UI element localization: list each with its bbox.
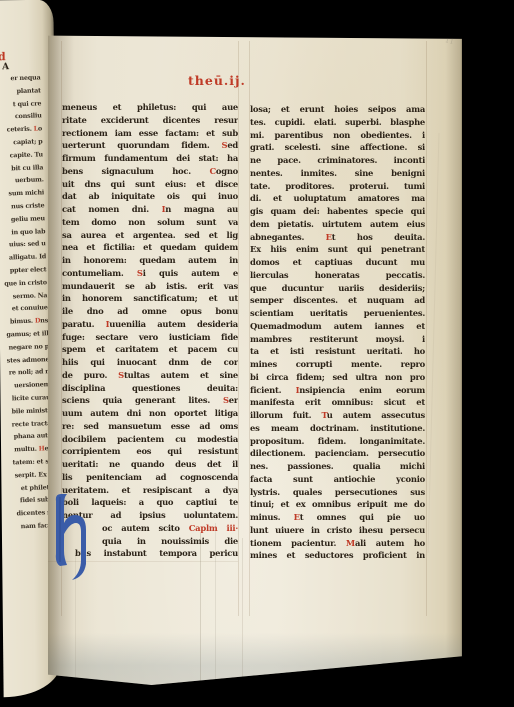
body-text: uerbum. xyxy=(15,176,44,185)
body-text: di. et uoluptatum amatores ma xyxy=(250,193,425,203)
body-text: scientiam ueritatis peruenientes. xyxy=(250,308,425,318)
text-line: semper discentes. et nuquam ad xyxy=(250,294,425,307)
body-text: t qui cre xyxy=(13,99,42,108)
body-text: semper discentes. et nuquam ad xyxy=(250,295,425,305)
facing-page-glyph: A xyxy=(2,62,9,72)
body-text: tultas autem et sine xyxy=(124,370,238,380)
text-line: de puro. Stultas autem et sine xyxy=(62,369,238,382)
body-text: contumeliam. xyxy=(62,268,137,278)
body-text: nus criste xyxy=(11,201,45,210)
body-text: facta sunt antiochie yconio xyxy=(250,474,425,484)
body-text: t hos deuita. xyxy=(332,232,425,242)
body-text: disciplina questiones deuita: xyxy=(62,383,238,393)
text-line: nes. passiones. qualia michi xyxy=(250,460,425,473)
body-text: domos et captiuas ducunt mu xyxy=(250,257,425,267)
text-line: mambres restiterunt moysi. i xyxy=(250,333,425,346)
body-text: sermo. Na xyxy=(13,291,48,300)
text-line: bens signaculum hoc. Cogno xyxy=(62,165,238,178)
body-text: n magna au xyxy=(165,204,238,214)
text-line: facta sunt antiochie yconio xyxy=(250,473,425,486)
text-line: mi. parentibus non obedientes. i xyxy=(250,129,425,142)
text-line: spem et caritatem et pacem cu xyxy=(62,343,238,356)
text-line: hiis qui inuocant dnm de cor xyxy=(62,356,238,369)
body-text: sum michi xyxy=(8,188,44,197)
body-text: lierculas honeratas peccatis. xyxy=(250,270,425,280)
body-text: tatem: et se xyxy=(12,457,52,466)
body-text: uum autem dni non oportet litiga xyxy=(62,408,238,418)
text-line: lunt uiuere in cristo ihesu persecu xyxy=(250,524,425,537)
body-text: tate. proditores. proterui. tumi xyxy=(250,181,425,191)
text-line: in honorem sanctificatum; et ut xyxy=(62,292,238,305)
text-line: re: sed mansuetum esse ad oms xyxy=(62,420,238,433)
text-line: minus. Et omnes qui pie uo xyxy=(250,511,425,524)
body-text: phana aute xyxy=(14,432,52,441)
body-text: multu. xyxy=(14,445,39,454)
body-text: uius: sed u xyxy=(9,240,46,249)
body-text: ali autem ho xyxy=(355,538,425,548)
rubricated-text: M xyxy=(346,538,355,548)
folio-number: 11 xyxy=(444,36,455,46)
body-text: et conuiue xyxy=(12,304,48,313)
body-text: er xyxy=(229,395,238,405)
body-text: abnegantes. xyxy=(250,232,326,242)
body-text: ns xyxy=(40,316,48,324)
body-text: bile ministr xyxy=(11,406,51,415)
body-text: grati. scelesti. sine affectione. si xyxy=(250,142,425,152)
text-line: ta et isti resistunt ueritati. ho xyxy=(250,345,425,358)
body-text: bus instabunt tempora pericu xyxy=(75,548,238,558)
body-text: manifesta erit omnibus: sicut et xyxy=(250,397,425,407)
crease xyxy=(428,133,440,553)
body-text: plantat xyxy=(16,86,41,95)
text-line: ile dno ad omne opus bonu xyxy=(62,305,238,318)
body-text: Quemadmodum autem iannes et xyxy=(250,321,425,331)
body-text: oc autem scito xyxy=(102,523,189,533)
body-text: hiis qui inuocant dnm de cor xyxy=(62,357,238,367)
body-text: bi circa fidem; sed ultra non pro xyxy=(250,372,425,382)
text-line: di. et uoluptatum amatores ma xyxy=(250,192,425,205)
body-text: mines corrupti mente. repro xyxy=(250,359,425,369)
text-line: paratu. Iuuenilia autem desideria xyxy=(62,318,238,331)
body-text: tem domo non solum sunt va xyxy=(62,217,238,227)
text-column-left: meneus et philetus: qui aueritate excide… xyxy=(62,101,238,560)
text-line: sa aurea et argentea. sed et lig xyxy=(62,229,238,242)
body-text: er nequa xyxy=(10,73,40,82)
body-text: in quo lab xyxy=(11,227,45,236)
body-text: consiliu xyxy=(15,112,42,121)
body-text: docibilem pacientem cu modestia xyxy=(62,434,238,444)
text-line: Ex hiis enim sunt qui penetrant xyxy=(250,243,425,256)
text-line: scientiam ueritatis peruenientes. xyxy=(250,307,425,320)
ruling-line xyxy=(238,41,239,616)
body-text: dilectionem. pacienciam. persecutio xyxy=(250,448,425,458)
text-line: sciens quia generant lites. Ser xyxy=(62,394,238,407)
body-text: in honorem sanctificatum; et ut xyxy=(62,293,238,303)
body-text: es meam doctrinam. institutione. xyxy=(250,423,425,433)
body-text: sa aurea et argentea. sed et lig xyxy=(62,230,238,240)
body-text: geliu meu xyxy=(11,214,45,223)
body-text: ppter elect xyxy=(10,265,47,274)
text-line: dat ab iniquitate ois qui inuo xyxy=(62,190,238,203)
body-text: ogno xyxy=(216,166,238,176)
text-line: tes. cupidi. elati. superbi. blasphe xyxy=(250,116,425,129)
body-text: minus. xyxy=(250,512,294,522)
body-text: uuenilia autem desideria xyxy=(109,319,238,329)
text-line: lystris. quales persecutiones sus xyxy=(250,486,425,499)
body-text: bit cu illa xyxy=(11,163,43,172)
text-line: Quemadmodum autem iannes et xyxy=(250,320,425,333)
body-text: paratu. xyxy=(62,319,106,329)
body-text: uerterunt quorundam fidem. xyxy=(62,140,222,150)
text-line: firmum fundamentum dei stat: ha xyxy=(62,152,238,165)
body-text: re: sed mansuetum esse ad oms xyxy=(62,421,238,431)
body-text: mambres restiterunt moysi. i xyxy=(250,334,425,344)
text-line: nea et fictilia: et quedam quidem xyxy=(62,241,238,254)
text-line: fuge: sectare vero iusticiam fide xyxy=(62,331,238,344)
text-line: bi circa fidem; sed ultra non pro xyxy=(250,371,425,384)
body-text: ta et isti resistunt ueritati. ho xyxy=(250,346,425,356)
body-text: corripientem eos qui resistunt xyxy=(62,446,238,456)
text-line: rectionem iam esse factam: et sub xyxy=(62,127,238,140)
body-text: illorum fuit. xyxy=(250,410,321,420)
text-line: ne pace. criminatores. inconti xyxy=(250,154,425,167)
text-line: meneus et philetus: qui aue xyxy=(62,101,238,114)
body-text: gis quam dei: habentes specie qui xyxy=(250,206,425,216)
text-line: nentes. inmites. sine benigni xyxy=(250,167,425,180)
body-text: propositum. fidem. longanimitate. xyxy=(250,436,425,446)
body-text: gamus; et ill xyxy=(6,329,48,338)
running-head: theū.ij. xyxy=(188,73,246,88)
text-line: mundauerit se ab istis. erit vas xyxy=(62,280,238,293)
body-text: tinui; et ex omnibus eripuit me do xyxy=(250,499,425,509)
body-text: nea et fictilia: et quedam quidem xyxy=(62,242,238,252)
body-text: capite. Tu xyxy=(10,150,43,159)
text-line: nam facta xyxy=(2,519,54,533)
body-text: dat ab iniquitate ois qui inuo xyxy=(62,191,238,201)
text-line: ueritati: ne quando deus det il xyxy=(62,458,238,471)
body-text: licite curau xyxy=(12,393,51,402)
text-line: illorum fuit. Tu autem assecutus xyxy=(250,409,425,422)
body-text: quia in nouissimis die xyxy=(102,536,238,546)
text-line: gis quam dei: habentes specie qui xyxy=(250,205,425,218)
text-column-right: losa; et erunt hoies seipos amates. cupi… xyxy=(250,103,425,562)
text-line: ficient. Insipiencia enim eorum xyxy=(250,384,425,397)
body-text: ed xyxy=(227,140,238,150)
text-line: mines corrupti mente. repro xyxy=(250,358,425,371)
text-line: mines et seductores proficient in xyxy=(250,549,425,562)
text-line: dilectionem. pacienciam. persecutio xyxy=(250,447,425,460)
body-text: uersionem xyxy=(14,380,50,389)
text-line: cat nomen dni. In magna au xyxy=(62,203,238,216)
body-text: nentes. inmites. sine benigni xyxy=(250,168,425,178)
text-line: abnegantes. Et hos deuita. xyxy=(250,231,425,244)
body-text: uit dns qui sunt eius: et disce xyxy=(62,179,238,189)
text-line: ritate exciderunt dicentes resur xyxy=(62,114,238,127)
text-line: losa; et erunt hoies seipos ama xyxy=(250,103,425,116)
body-text: ueritati: ne quando deus det il xyxy=(62,459,238,469)
body-text: alligatu. Id xyxy=(9,252,46,261)
body-text: que ducuntur uariis desideriis; xyxy=(250,283,425,293)
text-line: tem domo non solum sunt va xyxy=(62,216,238,229)
body-text: recte tracta xyxy=(12,419,52,428)
facing-page-text: er nequaplantatt qui creconsiliuceteris.… xyxy=(0,71,55,533)
body-text: rectionem iam esse factam: et sub xyxy=(62,128,238,138)
body-text: firmum fundamentum dei stat: ha xyxy=(62,153,238,163)
body-text: t omnes qui pie uo xyxy=(300,512,425,522)
recto-page: theū.ij. 11 meneus et philetus: qui auer… xyxy=(48,33,462,685)
body-text: bimus. xyxy=(10,317,35,326)
body-text: de puro. xyxy=(62,370,118,380)
body-text: sciens quia generant lites. xyxy=(62,395,223,405)
text-line: dem pietatis. uirtutem autem eius xyxy=(250,218,425,231)
text-line: corripientem eos qui resistunt xyxy=(62,445,238,458)
text-line: tate. proditores. proterui. tumi xyxy=(250,180,425,193)
body-text: spem et caritatem et pacem cu xyxy=(62,344,238,354)
body-text: cat nomen dni. xyxy=(62,204,162,214)
text-line: contumeliam. Si quis autem e xyxy=(62,267,238,280)
body-text: tionem pacientur. xyxy=(250,538,346,548)
rubricated-text: Caplm iii· xyxy=(189,523,238,533)
text-line: tinui; et ex omnibus eripuit me do xyxy=(250,498,425,511)
body-text: mundauerit se ab istis. erit vas xyxy=(62,281,238,291)
text-line: tionem pacientur. Mali autem ho xyxy=(250,537,425,550)
body-text: mines et seductores proficient in xyxy=(250,550,425,560)
text-line: uit dns qui sunt eius: et disce xyxy=(62,178,238,191)
ruling-line xyxy=(426,41,427,616)
text-line: grati. scelesti. sine affectione. si xyxy=(250,141,425,154)
body-text: Ex hiis enim sunt qui penetrant xyxy=(250,244,425,254)
body-text: ile dno ad omne opus bonu xyxy=(62,306,238,316)
text-line: es meam doctrinam. institutione. xyxy=(250,422,425,435)
text-line: uum autem dni non oportet litiga xyxy=(62,407,238,420)
body-text: losa; et erunt hoies seipos ama xyxy=(250,104,425,114)
text-line: in honorem: quedam autem in xyxy=(62,254,238,267)
body-text: capiat; p xyxy=(13,137,43,146)
text-line: uerterunt quorundam fidem. Sed xyxy=(62,139,238,152)
text-line: manifesta erit omnibus: sicut et xyxy=(250,396,425,409)
text-line: propositum. fidem. longanimitate. xyxy=(250,435,425,448)
body-text: nes. passiones. qualia michi xyxy=(250,461,425,471)
body-text: dem pietatis. uirtutem autem eius xyxy=(250,219,425,229)
body-text: tes. cupidi. elati. superbi. blasphe xyxy=(250,117,425,127)
body-text: que in cristo xyxy=(4,278,47,287)
text-line: docibilem pacientem cu modestia xyxy=(62,433,238,446)
body-text: nsipiencia enim eorum xyxy=(299,385,425,395)
body-text: ne pace. criminatores. inconti xyxy=(250,155,425,165)
body-text: stes admone xyxy=(7,355,50,364)
body-text: mi. parentibus non obedientes. i xyxy=(250,130,425,140)
body-text: lunt uiuere in cristo ihesu persecu xyxy=(250,525,425,535)
text-line: lierculas honeratas peccatis. xyxy=(250,269,425,282)
body-text: in honorem: quedam autem in xyxy=(62,255,238,265)
body-text: re noli; ad n xyxy=(9,368,50,377)
manuscript-photo: er nequaplantatt qui creconsiliuceteris.… xyxy=(0,0,514,707)
body-text: o xyxy=(38,125,42,133)
text-line: disciplina questiones deuita: xyxy=(62,382,238,395)
body-text: serpit. Ex q xyxy=(14,470,53,479)
text-line: que ducuntur uariis desideriis; xyxy=(250,282,425,295)
body-text: ritate exciderunt dicentes resur xyxy=(62,115,238,125)
body-text: ficient. xyxy=(250,385,296,395)
body-text: meneus et philetus: qui aue xyxy=(62,102,238,112)
body-text: lis penitenciam ad cognoscenda xyxy=(62,472,238,482)
body-text: lystris. quales persecutiones sus xyxy=(250,487,425,497)
body-text: i quis autem e xyxy=(143,268,238,278)
illuminated-initial-h xyxy=(53,492,89,584)
body-text: bens signaculum hoc. xyxy=(62,166,209,176)
body-text: fuge: sectare vero iusticiam fide xyxy=(62,332,238,342)
body-text: negare no p xyxy=(8,342,49,351)
body-text: ceteris. xyxy=(7,125,34,134)
crease xyxy=(242,538,243,685)
body-text: u autem assecutus xyxy=(327,410,425,420)
text-line: lis penitenciam ad cognoscenda xyxy=(62,471,238,484)
text-line: domos et captiuas ducunt mu xyxy=(250,256,425,269)
